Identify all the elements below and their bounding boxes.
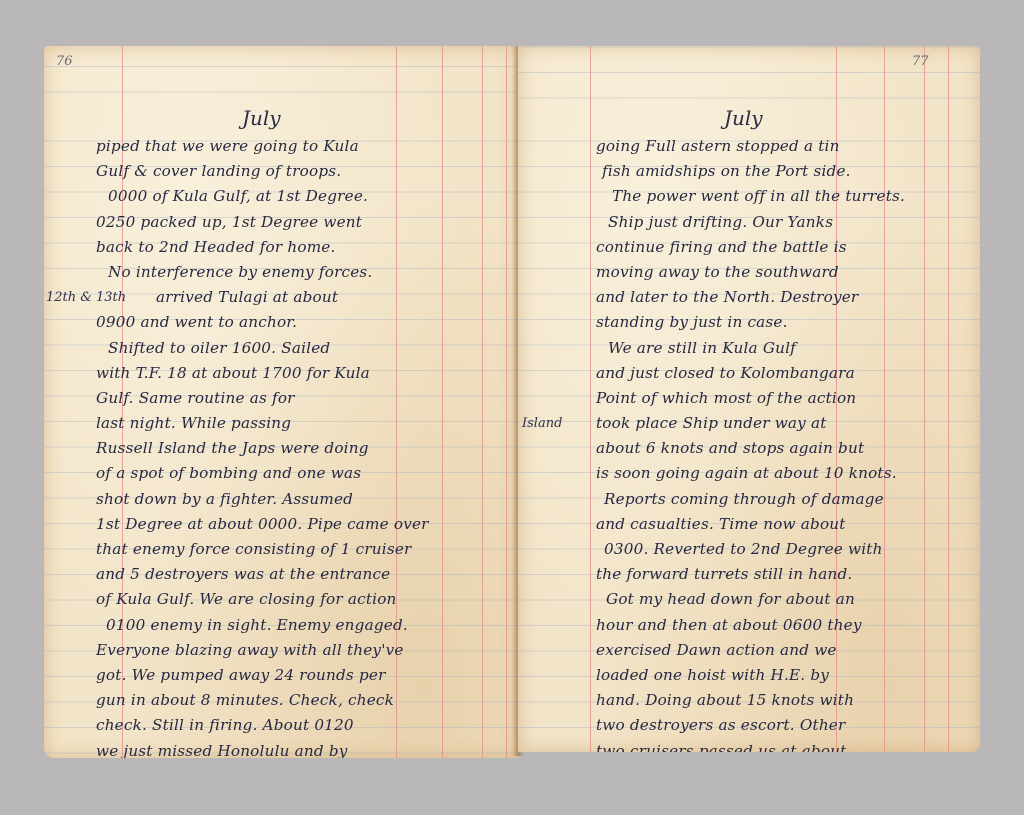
text-line: Point of which most of the action: [596, 386, 980, 411]
text-line: The power went off in all the turrets.: [596, 184, 980, 209]
text-line: took place Ship under way at: [596, 411, 980, 436]
text-line: shot down by a fighter. Assumed: [96, 487, 518, 512]
text-line: 0000 of Kula Gulf, at 1st Degree.: [96, 184, 518, 209]
text-line: 0900 and went to anchor.: [96, 310, 518, 335]
text-line: No interference by enemy forces.: [96, 260, 518, 285]
text-line: hand. Doing about 15 knots with: [596, 688, 980, 713]
text-line: gun in about 8 minutes. Check, check: [96, 688, 518, 713]
text-line: of Kula Gulf. We are closing for action: [96, 587, 518, 612]
text-line: back to 2nd Headed for home.: [96, 235, 518, 260]
text-line: Everyone blazing away with all they've: [96, 638, 518, 663]
text-line: got. We pumped away 24 rounds per: [96, 663, 518, 688]
text-line: Russell Island the Japs were doing: [96, 436, 518, 461]
text-line: going Full astern stopped a tin: [596, 134, 980, 159]
right-page: 77 July Island going Full astern stopped…: [518, 46, 980, 752]
diary-text: piped that we were going to Kula Gulf & …: [44, 134, 518, 758]
text-line: last night. While passing: [96, 411, 518, 436]
page-number: 77: [912, 54, 929, 69]
page-number: 76: [56, 54, 73, 69]
text-line: of a spot of bombing and one was: [96, 461, 518, 486]
text-line: with T.F. 18 at about 1700 for Kula: [96, 361, 518, 386]
text-line: about 6 knots and stops again but: [596, 436, 980, 461]
text-line: We are still in Kula Gulf: [596, 336, 980, 361]
text-line: fish amidships on the Port side.: [596, 159, 980, 184]
text-line: Gulf. Same routine as for: [96, 386, 518, 411]
text-line: Got my head down for about an: [596, 587, 980, 612]
text-line: hour and then at about 0600 they: [596, 613, 980, 638]
text-line: Gulf & cover landing of troops.: [96, 159, 518, 184]
text-line: check. Still in firing. About 0120: [96, 713, 518, 738]
text-line: moving away to the southward: [596, 260, 980, 285]
text-line: Reports coming through of damage: [596, 487, 980, 512]
text-line: and later to the North. Destroyer: [596, 285, 980, 310]
text-line: 0300. Reverted to 2nd Degree with: [596, 537, 980, 562]
text-line: 1st Degree at about 0000. Pipe came over: [96, 512, 518, 537]
text-line: two destroyers as escort. Other: [596, 713, 980, 738]
text-line: arrived Tulagi at about: [96, 285, 518, 310]
text-line: piped that we were going to Kula: [96, 134, 518, 159]
text-line: 0250 packed up, 1st Degree went: [96, 210, 518, 235]
text-line: is soon going again at about 10 knots.: [596, 461, 980, 486]
month-heading: July: [724, 106, 763, 130]
text-line: exercised Dawn action and we: [596, 638, 980, 663]
text-line: 0100 enemy in sight. Enemy engaged.: [96, 613, 518, 638]
text-line: standing by just in case.: [596, 310, 980, 335]
diary-text: going Full astern stopped a tin fish ami…: [518, 134, 980, 752]
text-line: we just missed Honolulu and by: [96, 739, 518, 759]
text-line: that enemy force consisting of 1 cruiser: [96, 537, 518, 562]
left-page: 76 July 12th & 13th piped that we were g…: [44, 46, 518, 758]
text-line: the forward turrets still in hand.: [596, 562, 980, 587]
text-line: Shifted to oiler 1600. Sailed: [96, 336, 518, 361]
text-line: loaded one hoist with H.E. by: [596, 663, 980, 688]
text-line: and 5 destroyers was at the entrance: [96, 562, 518, 587]
open-notebook: 76 July 12th & 13th piped that we were g…: [0, 0, 1024, 815]
text-line: and just closed to Kolombangara: [596, 361, 980, 386]
text-line: and casualties. Time now about: [596, 512, 980, 537]
month-heading: July: [242, 106, 281, 130]
text-line: continue firing and the battle is: [596, 235, 980, 260]
text-line: two cruisers passed us at about: [596, 739, 980, 753]
text-line: Ship just drifting. Our Yanks: [596, 210, 980, 235]
